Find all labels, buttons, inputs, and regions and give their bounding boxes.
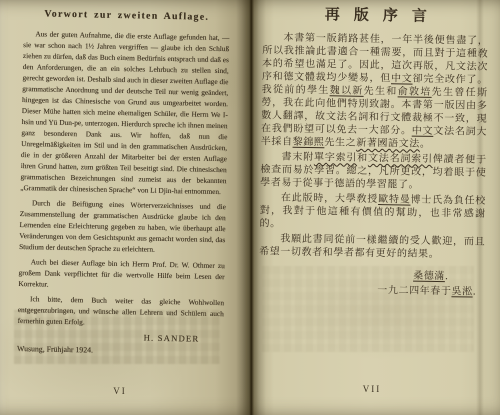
left-page-content: Vorwort zur zweiten Auflage. Aus der gut… xyxy=(0,3,240,359)
chinese-paragraph-4: 我願此書同從前一樣繼續的受人歡迎，而且希望一切敎者和學者都有更好的結果。 xyxy=(259,232,485,262)
right-page: 再版序言 本書第一版銷路甚佳，一年半後便售盡了，所以我推論此書適合一種需要，而且… xyxy=(250,0,500,415)
page-number-right: VII xyxy=(250,384,494,394)
date-line-chinese: 一九二四年春于吳淞. xyxy=(258,282,484,299)
german-paragraph-4: Ich bitte, dem Buch weiter das gleiche W… xyxy=(18,293,225,330)
chinese-paragraph-1: 本書第一版銷路甚佳，一年半後便售盡了，所以我推論此書適合一種需要，而且對于這種敎… xyxy=(261,31,489,152)
book-photo: Vorwort zur zweiten Auflage. Aus der gut… xyxy=(0,0,500,415)
german-paragraph-1: Aus der guten Aufnahme, die die erste Au… xyxy=(20,28,229,197)
right-page-title: 再版序言 xyxy=(263,7,489,24)
chinese-paragraph-3: 在此版時，大學敎授歐特曼博士氏為負任校對，我對于他這種有價值的幫助，也非常感謝的… xyxy=(259,191,486,234)
page-number-left: VI xyxy=(0,386,240,396)
german-paragraph-2: Durch die Beifügung eines Wörterverzeich… xyxy=(19,197,226,256)
chinese-paragraph-2: 書末附單字索引和文法名詞索引俾讀者便于檢查而易於學習。總之，凡所更改，均着眼于使… xyxy=(260,150,487,193)
right-page-content: 再版序言 本書第一版銷路甚佳，一年半後便售盡了，所以我推論此書適合一種需要，而且… xyxy=(258,3,489,299)
left-page-title: Vorwort zur zweiten Auflage. xyxy=(24,8,230,23)
place-date-line: Wusung, Frühjahr 1924. xyxy=(17,343,223,358)
author-signature-chinese: 桑德滿. xyxy=(259,267,485,284)
german-paragraph-3: Auch bei dieser Auflage bin ich Herrn Pr… xyxy=(18,256,225,293)
left-page: Vorwort zur zweiten Auflage. Aus der gut… xyxy=(0,0,250,415)
